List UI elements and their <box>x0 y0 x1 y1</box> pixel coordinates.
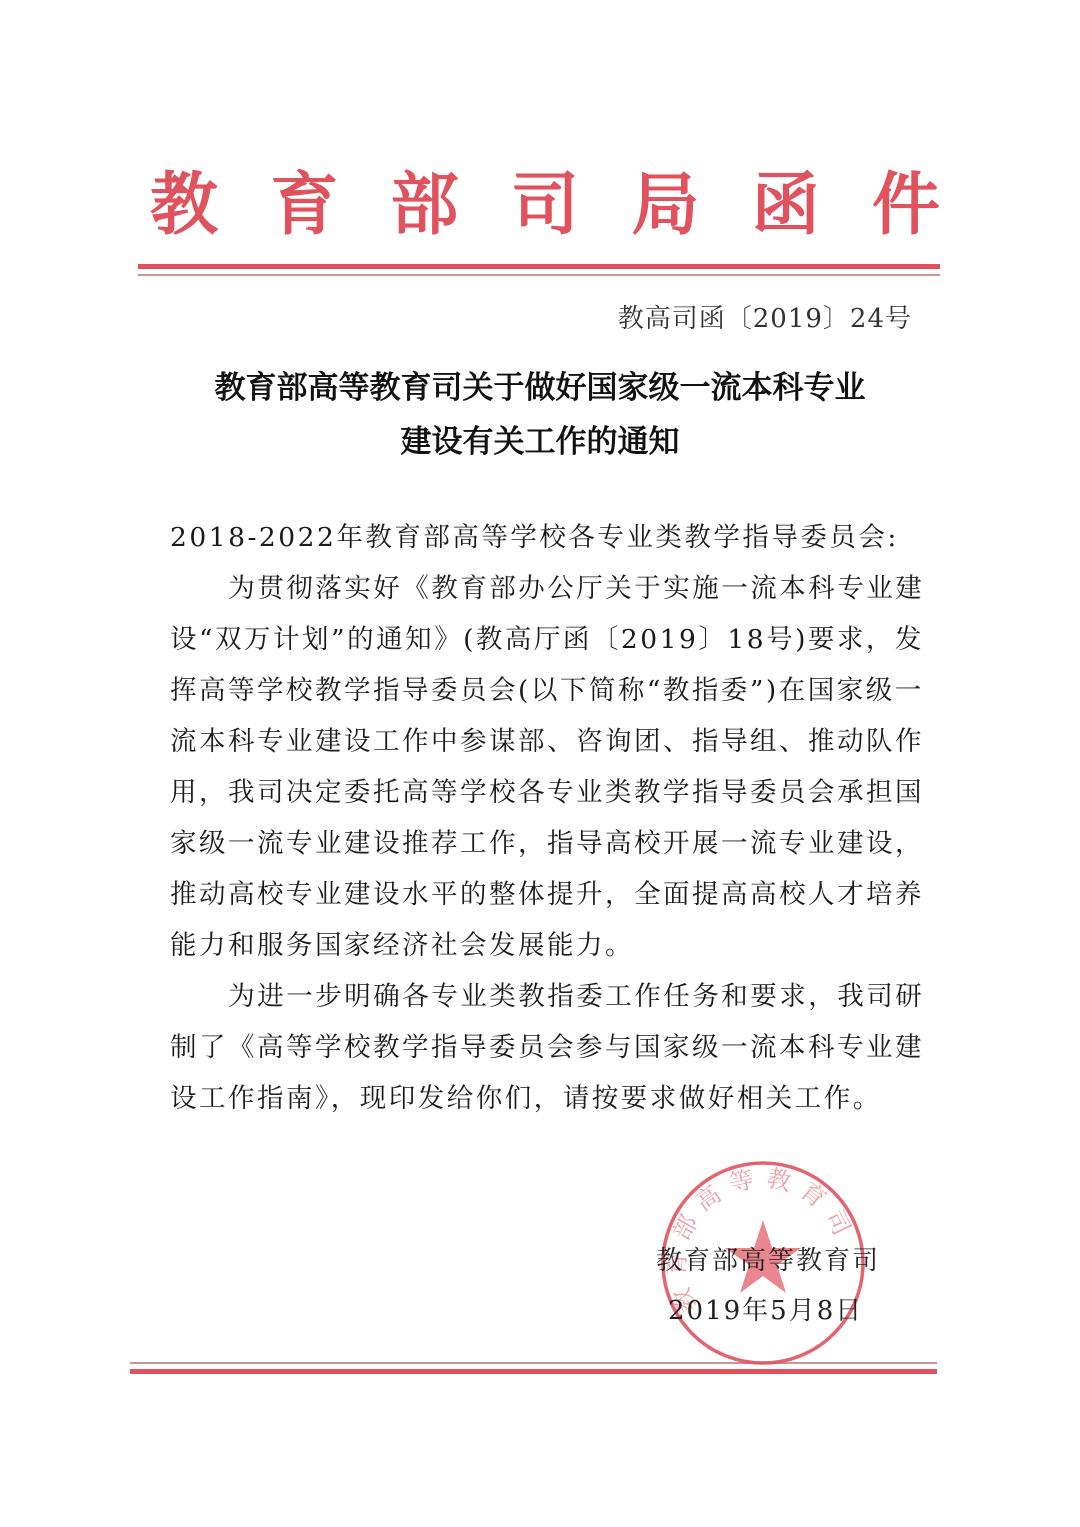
masthead-title: 教 育 部 司 局 函 件 <box>150 160 940 250</box>
document-number: 教高司函〔2019〕24号 <box>618 298 912 335</box>
document-title-line2: 建设有关工作的通知 <box>0 416 1080 461</box>
salutation: 2018-2022年教育部高等学校各专业类教学指导委员会: <box>170 512 935 563</box>
masthead-char: 局 <box>631 171 699 239</box>
masthead-char: 司 <box>511 171 579 239</box>
masthead-char: 函 <box>752 171 820 239</box>
masthead-char: 育 <box>270 171 338 239</box>
masthead-char: 部 <box>391 171 459 239</box>
issuer-name: 教育部高等教育司 <box>656 1240 880 1277</box>
body-paragraph-1: 为贯彻落实好《教育部办公厅关于实施一流本科专业建设“双万计划”的通知》(教高厅函… <box>170 563 935 971</box>
top-rule-thin <box>138 274 940 276</box>
document-body: 2018-2022年教育部高等学校各专业类教学指导委员会: 为贯彻落实好《教育部… <box>170 512 935 1124</box>
bottom-rule-thick <box>130 1369 937 1374</box>
masthead-char: 教 <box>150 171 218 239</box>
issue-date: 2019年5月8日 <box>668 1290 863 1327</box>
document-title-line1: 教育部高等教育司关于做好国家级一流本科专业 <box>0 362 1080 407</box>
masthead-char: 件 <box>872 171 940 239</box>
body-paragraph-2: 为进一步明确各专业类教指委工作任务和要求，我司研制了《高等学校教学指导委员会参与… <box>170 971 935 1124</box>
top-rule-thick <box>138 264 940 269</box>
